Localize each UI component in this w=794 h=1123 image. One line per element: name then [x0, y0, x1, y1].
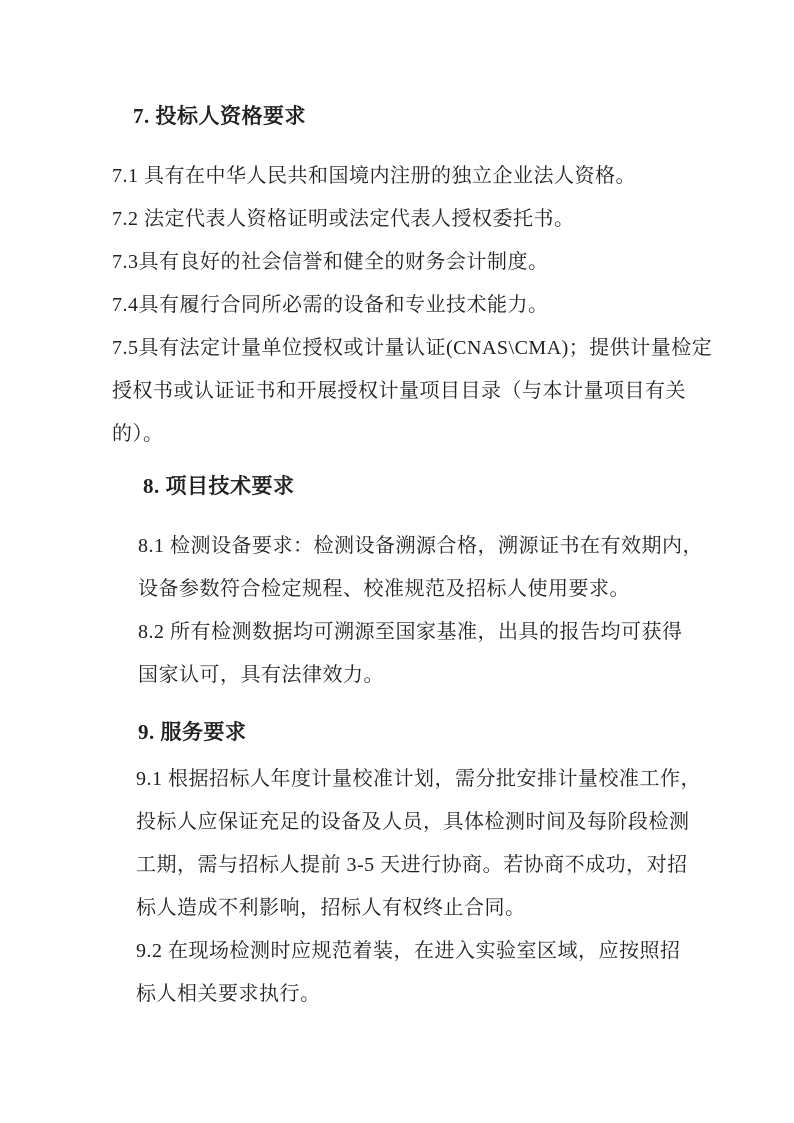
- section-7-heading: 7. 投标人资格要求: [133, 103, 794, 130]
- clause-8-2-line-2: 国家认可，具有法律效力。: [138, 654, 794, 697]
- section-8-body: 8.1 检测设备要求：检测设备溯源合格，溯源证书在有效期内， 设备参数符合检定规…: [138, 525, 794, 697]
- clause-7-1: 7.1 具有在中华人民共和国境内注册的独立企业法人资格。: [112, 155, 794, 198]
- section-8-heading: 8. 项目技术要求: [143, 473, 794, 500]
- clause-7-5-line-3: 的）。: [112, 413, 794, 456]
- clause-9-1-line-2: 投标人应保证充足的设备及人员，具体检测时间及每阶段检测: [136, 801, 794, 844]
- section-9-heading: 9. 服务要求: [138, 719, 794, 746]
- clause-9-2-line-2: 标人相关要求执行。: [136, 973, 794, 1016]
- clause-9-2-line-1: 9.2 在现场检测时应规范着装，在进入实验室区域，应按照招: [136, 930, 794, 973]
- clause-7-2: 7.2 法定代表人资格证明或法定代表人授权委托书。: [112, 198, 794, 241]
- section-9-body: 9.1 根据招标人年度计量校准计划，需分批安排计量校准工作， 投标人应保证充足的…: [136, 758, 794, 1016]
- clause-7-3: 7.3具有良好的社会信誉和健全的财务会计制度。: [112, 241, 794, 284]
- clause-8-2-line-1: 8.2 所有检测数据均可溯源至国家基准，出具的报告均可获得: [138, 611, 794, 654]
- section-7-body: 7.1 具有在中华人民共和国境内注册的独立企业法人资格。 7.2 法定代表人资格…: [112, 155, 794, 456]
- clause-9-1-line-1: 9.1 根据招标人年度计量校准计划，需分批安排计量校准工作，: [136, 758, 794, 801]
- clause-7-5-line-2: 授权书或认证证书和开展授权计量项目目录（与本计量项目有关: [112, 370, 794, 413]
- document-page: 7. 投标人资格要求 7.1 具有在中华人民共和国境内注册的独立企业法人资格。 …: [0, 0, 794, 1123]
- clause-8-1-line-2: 设备参数符合检定规程、校准规范及招标人使用要求。: [138, 568, 794, 611]
- clause-7-4: 7.4具有履行合同所必需的设备和专业技术能力。: [112, 284, 794, 327]
- clause-9-1-line-3: 工期，需与招标人提前 3-5 天进行协商。若协商不成功，对招: [136, 844, 794, 887]
- clause-9-1-line-4: 标人造成不利影响，招标人有权终止合同。: [136, 887, 794, 930]
- clause-7-5-line-1: 7.5具有法定计量单位授权或计量认证(CNAS\CMA)；提供计量检定: [112, 327, 794, 370]
- clause-8-1-line-1: 8.1 检测设备要求：检测设备溯源合格，溯源证书在有效期内，: [138, 525, 794, 568]
